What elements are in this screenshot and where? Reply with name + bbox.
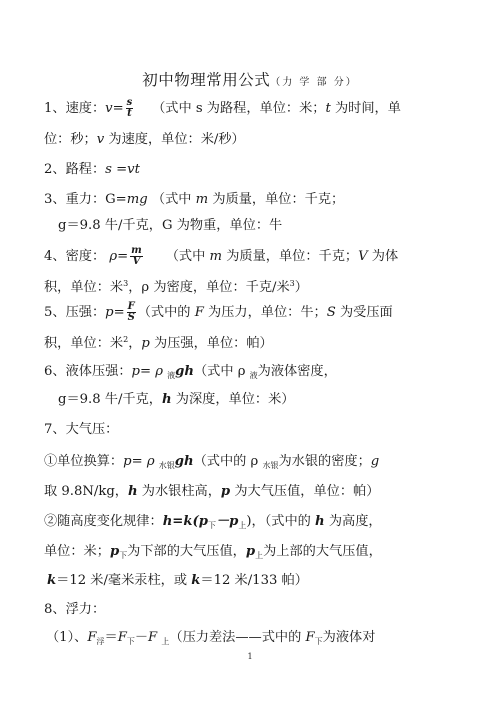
formula-gravity-line2: g＝9.8 牛/千克，G 为物重，单位：牛 — [58, 216, 282, 236]
formula-atm-altitude-line1: ②随高度变化规律：h=k(p下－p上)，（式中的 h 为高度， — [44, 512, 382, 536]
formula-atm-unit-line1: ①单位换算：p= ρ 水银gh（式中的 ρ 水银为水银的密度；g — [44, 452, 379, 476]
section-atmospheric-pressure: 7、大气压： — [44, 420, 118, 440]
formula-atm-altitude-line3: k＝12 米/毫米汞柱，或 k＝12 米/133 帕） — [47, 571, 308, 591]
formula-speed-line1: 1、速度：v=st （式中 s 为路程，单位：米；t 为时间，单 — [44, 98, 401, 119]
formula-pressure-line1: 5、压强：p=FS（式中的 F 为压力，单位：牛；S 为受压面 — [44, 302, 393, 323]
fraction-f-over-s: FS — [127, 302, 136, 323]
title-subtitle: （力 学 部 分） — [270, 77, 358, 88]
formula-density-line1: 4、密度： ρ=mV （式中 m 为质量，单位：千克；V 为体 — [44, 246, 398, 267]
formula-speed-line2: 位：秒；v 为速度，单位：米/秒） — [44, 130, 245, 150]
title-main: 初中物理常用公式 — [142, 71, 270, 89]
formula-liquid-pressure-line2: g＝9.8 牛/千克，h 为深度，单位：米） — [58, 390, 294, 410]
formula-density-line2: 积，单位：米3，ρ 为密度，单位：千克/米3） — [44, 274, 308, 298]
formula-distance: 2、路程：s =vt — [44, 160, 140, 180]
fraction-m-over-v: mV — [130, 246, 143, 267]
formula-gravity-line1: 3、重力：G=mg （式中 m 为质量，单位：千克； — [44, 190, 344, 210]
section-buoyancy: 8、浮力： — [44, 600, 105, 620]
formula-liquid-pressure-line1: 6、液体压强：p= ρ 液gh（式中 ρ 液为液体密度， — [44, 362, 337, 386]
page-title: 初中物理常用公式（力 学 部 分） — [0, 68, 500, 90]
formula-atm-altitude-line2: 单位：米；p下为下部的大气压值，p上为上部的大气压值， — [44, 542, 382, 566]
fraction-s-over-t: st — [126, 98, 134, 119]
formula-atm-unit-line2: 取 9.8N/kg，h 为水银柱高，p 为大气压值，单位：帕） — [44, 482, 379, 502]
page-number: 1 — [0, 652, 500, 661]
formula-buoyancy-line1: （1）、F浮＝F下－F 上（压力差法——式中的 F下为液体对 — [46, 628, 375, 652]
formula-pressure-line2: 积，单位：米2，p 为压强，单位：帕） — [44, 330, 273, 354]
